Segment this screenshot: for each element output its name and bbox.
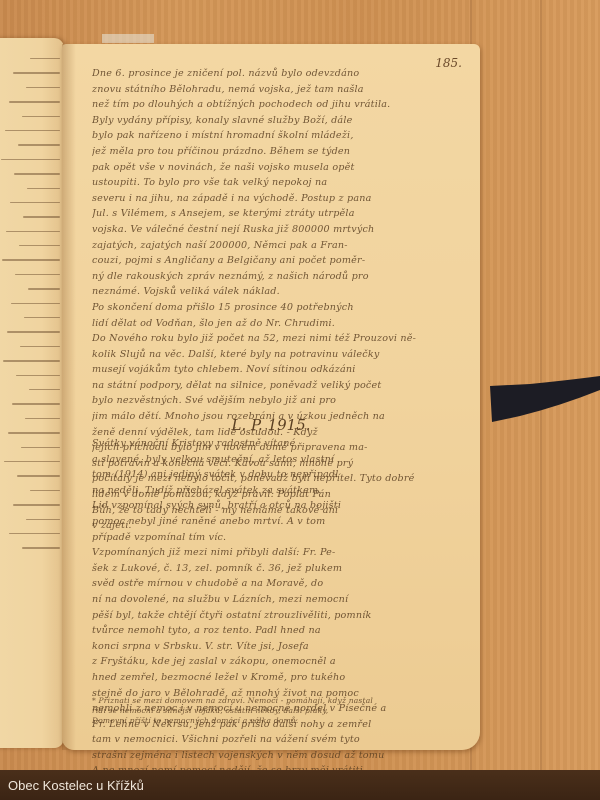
handwritten-line: na neděli. Tudíž přicházel svátek za svá… bbox=[92, 483, 462, 499]
footnote-line: řídí se nemocní a silnější vojáků, ostat… bbox=[92, 706, 462, 716]
left-page-line bbox=[21, 447, 60, 448]
handwritten-line: než tím po dlouhých a obtížných pochodec… bbox=[92, 97, 462, 113]
left-page-line bbox=[29, 389, 60, 390]
left-page-line bbox=[18, 144, 60, 145]
left-page-line bbox=[2, 259, 60, 260]
handwritten-line: ní na dovolené, na službu v Lázních, mez… bbox=[92, 592, 462, 608]
left-page-line bbox=[9, 533, 60, 534]
handwritten-line: jež měla pro tou příčinou prázdno. Během… bbox=[92, 144, 462, 160]
handwritten-line: musejí vojákům tyto chlebem. Noví sítino… bbox=[92, 362, 462, 378]
spine-shadow bbox=[62, 44, 76, 750]
handwritten-line: Vzpomínaných již mezi nimi přibyli další… bbox=[92, 545, 462, 561]
handwritten-line: Lid vzpomínal svých synů, bratří a otců … bbox=[92, 498, 462, 514]
handwritten-line: ný dle rakouských zpráv neznámý, z našic… bbox=[92, 269, 462, 285]
handwritten-line: tom (1914) ani jediný svátek v dobu to n… bbox=[92, 467, 462, 483]
left-page-line bbox=[13, 504, 60, 505]
left-page-line bbox=[24, 317, 60, 318]
left-page-line bbox=[26, 519, 60, 520]
left-page-line bbox=[5, 130, 60, 131]
handwritten-line: neznámé. Vojsků veliká válek náklad. bbox=[92, 284, 462, 300]
handwritten-line: bylo pak nařízeno i místní hromadní škol… bbox=[92, 128, 462, 144]
manuscript-page: 185. Dne 6. prosince je zničení pol. náz… bbox=[62, 44, 480, 750]
left-page-line bbox=[1, 159, 60, 160]
left-page-line bbox=[7, 331, 60, 332]
handwritten-line: šek z Lukové, č. 13, zel. pomník č. 36, … bbox=[92, 561, 462, 577]
footnote-line: * Přiznati se mezi domovem na zdraví. Ne… bbox=[92, 696, 462, 706]
left-page-line bbox=[8, 432, 60, 433]
handwritten-line: zajatých, zajatých naší 200000, Němci pa… bbox=[92, 238, 462, 254]
left-page-line bbox=[10, 202, 60, 203]
left-page-line bbox=[13, 72, 60, 73]
handwritten-line: Jul. s Vilémem, s Ansejem, se kterými zt… bbox=[92, 206, 462, 222]
left-page-line bbox=[4, 461, 60, 462]
left-page-line bbox=[6, 231, 60, 232]
left-page-line bbox=[22, 547, 60, 548]
handwritten-text-lower: Svátky vánoční Kristovy radostně vítanéa… bbox=[92, 436, 462, 795]
handwritten-line: kolik Slujů na věc. Další, které byly na… bbox=[92, 347, 462, 363]
left-page-edge bbox=[0, 38, 64, 748]
tape-strip bbox=[102, 34, 154, 43]
handwritten-line: vojska. Ve válečné čestní nejí Ruska již… bbox=[92, 222, 462, 238]
handwritten-line: lidí dělat od Vodňan, šlo jen až do Nr. … bbox=[92, 316, 462, 332]
left-page-line bbox=[25, 418, 60, 419]
handwritten-line: svěd ostře mírnou v chudobě a na Moravě,… bbox=[92, 576, 462, 592]
handwritten-line: pak opět vše v novinách, že naši vojsko … bbox=[92, 160, 462, 176]
footer-bar: Obec Kostelec u Křížků bbox=[0, 770, 600, 800]
handwritten-line: tam v nemocnici. Všichni pozřeli na váže… bbox=[92, 732, 462, 748]
left-page-line bbox=[9, 101, 60, 102]
handwritten-line: hned zemřel, bezmocné ležel v Kromě, pro… bbox=[92, 670, 462, 686]
handwritten-line: konci srpna v Srbsku. V. str. Víte jsi, … bbox=[92, 639, 462, 655]
handwritten-line: a slavené, byly velkou smuteční, až leto… bbox=[92, 452, 462, 468]
left-page-line bbox=[11, 303, 60, 304]
handwritten-line: na státní podpory, dělat na silnice, pon… bbox=[92, 378, 462, 394]
left-page-line bbox=[22, 116, 60, 117]
left-page-line bbox=[23, 216, 60, 217]
left-page-line bbox=[28, 288, 60, 289]
handwritten-line: strašní zejména i listech vojenských v n… bbox=[92, 748, 462, 764]
left-page-line bbox=[19, 245, 60, 246]
left-page-line bbox=[15, 274, 60, 275]
handwritten-line: Do Nového roku bylo již počet na 52, mez… bbox=[92, 331, 462, 347]
left-page-line bbox=[16, 375, 60, 376]
handwritten-line: ustoupiti. To bylo pro vše tak velký nep… bbox=[92, 175, 462, 191]
left-page-line bbox=[30, 58, 60, 59]
bookmark-ribbon bbox=[490, 376, 600, 426]
left-page-line bbox=[12, 403, 60, 404]
handwritten-line: z Fryštáku, kde jej zaslal v zákopu, one… bbox=[92, 654, 462, 670]
handwritten-line: severu i na jihu, na západě i na východě… bbox=[92, 191, 462, 207]
handwritten-line: Byly vydány přípisy, konaly slavné služb… bbox=[92, 113, 462, 129]
left-page-line bbox=[17, 475, 60, 476]
handwritten-line: tvůrce nemohl tyto, a roz tento. Padl hn… bbox=[92, 623, 462, 639]
handwritten-line: Dne 6. prosince je zničení pol. názvů by… bbox=[92, 66, 462, 82]
left-page-line bbox=[20, 346, 60, 347]
handwritten-line: případě vzpomínal tím víc. bbox=[92, 530, 462, 546]
footer-source-label: Obec Kostelec u Křížků bbox=[8, 778, 144, 793]
left-page-line bbox=[27, 188, 60, 189]
handwritten-line: couzi, pojmi s Angličany a Belgičany ani… bbox=[92, 253, 462, 269]
handwritten-line: pomoc nebyl jiné raněné anebo mrtví. A v… bbox=[92, 514, 462, 530]
handwritten-line: Po skončení doma přišlo 15 prosince 40 p… bbox=[92, 300, 462, 316]
handwritten-footnote: * Přiznati se mezi domovem na zdraví. Ne… bbox=[92, 696, 462, 726]
left-page-line bbox=[3, 360, 60, 361]
handwritten-line: znovu státního Bělohradu, nemá vojska, j… bbox=[92, 82, 462, 98]
handwritten-line: bylo nezvěstných. Své vdějším nebylo již… bbox=[92, 393, 462, 409]
left-page-line bbox=[14, 173, 60, 174]
left-page-line bbox=[26, 87, 60, 88]
year-heading: L. P. 1915. bbox=[62, 416, 480, 434]
handwritten-line: pěší byl, takže chtějí čtyři ostatní ztr… bbox=[92, 608, 462, 624]
left-page-handwriting bbox=[0, 58, 60, 562]
handwritten-line: Svátky vánoční Kristovy radostně vítané bbox=[92, 436, 462, 452]
footnote-line: Domovní příští to nemocných domácí a vál… bbox=[92, 716, 462, 726]
left-page-line bbox=[30, 490, 60, 491]
